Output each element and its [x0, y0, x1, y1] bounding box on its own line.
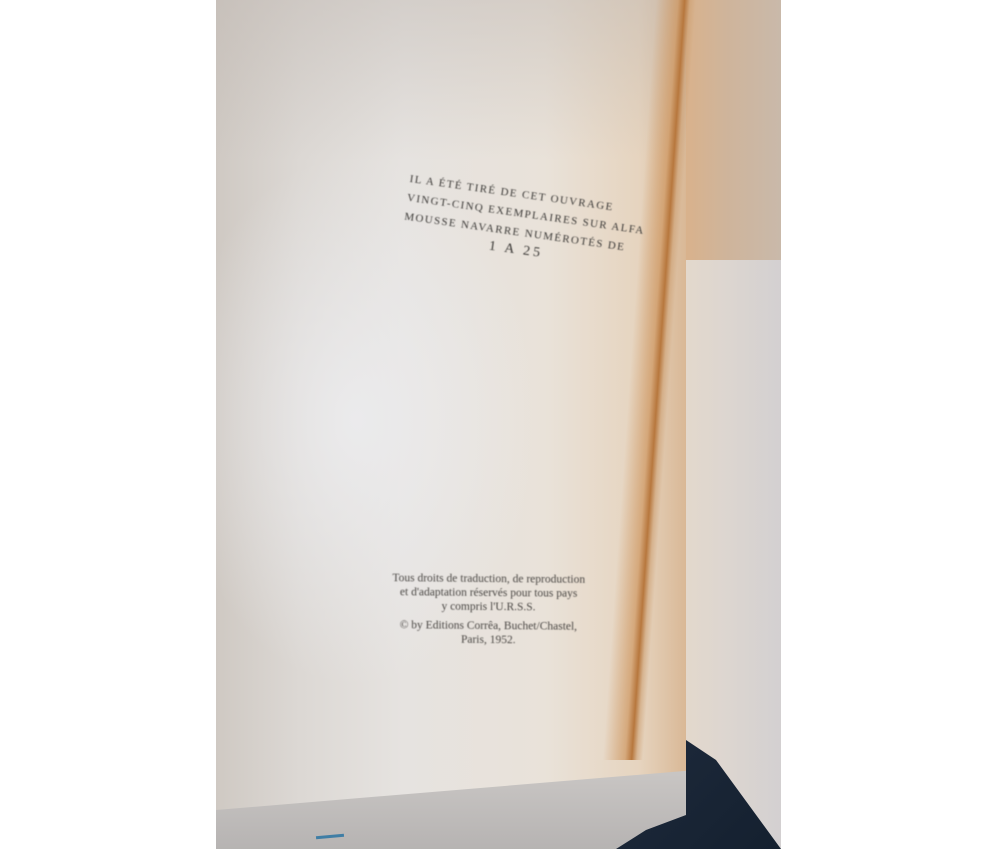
rights-notice: Tous droits de traduction, de reproducti… — [356, 571, 622, 648]
book-photo: IL A ÉTÉ TIRÉ DE CET OUVRAGE VINGT-CINQ … — [216, 0, 781, 849]
rights-line: Tous droits de traduction, de reproducti… — [356, 571, 621, 587]
right-page-top — [686, 0, 781, 260]
rights-line: y compris l'U.R.S.S. — [356, 599, 621, 615]
copyright-place-year: Paris, 1952. — [356, 632, 621, 648]
